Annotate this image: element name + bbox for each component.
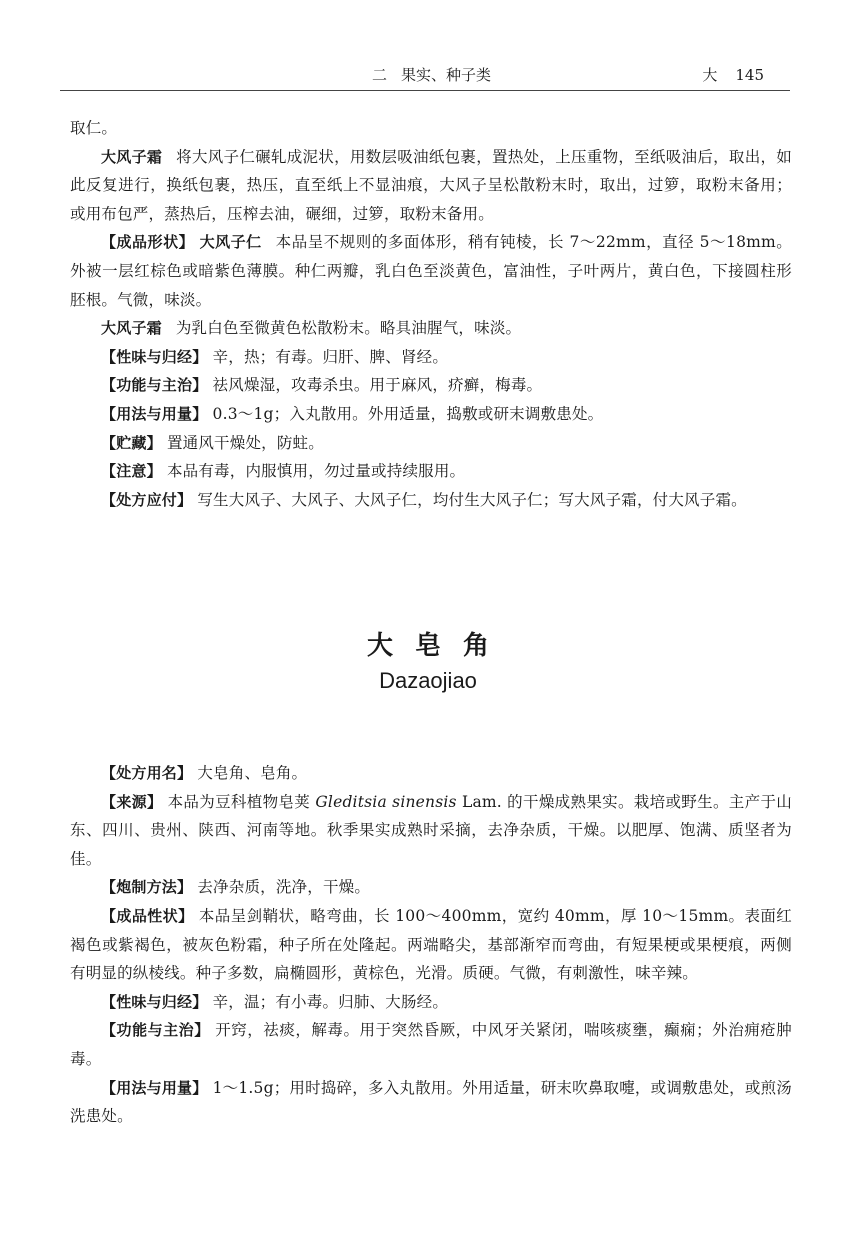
section-label: 【用法与用量】 <box>101 1079 207 1097</box>
latin-name: Gleditsia sinensis <box>315 793 456 811</box>
entry-title: 大皂角 Dazaojiao <box>0 625 856 694</box>
sub-label: 大风子霜 <box>101 319 162 337</box>
entry-title-pinyin: Dazaojiao <box>0 668 856 694</box>
paragraph-processing: 【炮制方法】 去净杂质，洗净，干燥。 <box>70 873 792 902</box>
section-label: 【注意】 <box>101 462 162 480</box>
paragraph-prescription: 【处方应付】 写生大风子、大风子、大风子仁，均付生大风子仁；写大风子霜，付大风子… <box>70 486 792 515</box>
section-label: 【性味与归经】 <box>101 348 207 366</box>
section-label: 【处方应付】 <box>101 491 192 509</box>
section-label: 【贮藏】 <box>101 434 162 452</box>
chapter-heading: 二果实、种子类 <box>372 64 491 85</box>
section-label: 【来源】 <box>101 793 162 811</box>
paragraph-shuang-prep: 大风子霜将大风子仁碾轧成泥状，用数层吸油纸包裹，置热处，上压重物，至纸吸油后，取… <box>70 143 792 229</box>
section-label: 【成品形状】 <box>101 233 194 251</box>
chapter-title: 果实、种子类 <box>401 66 491 84</box>
section-label: 【处方用名】 <box>101 764 192 782</box>
running-header: 二果实、种子类 大145 <box>60 62 790 91</box>
section-label: 【炮制方法】 <box>101 878 192 896</box>
section-label: 【功能与主治】 <box>101 1021 210 1039</box>
continuation-text: 取仁。 <box>70 114 792 143</box>
page-locator: 大145 <box>702 64 764 85</box>
section-label: 【成品性状】 <box>101 907 194 925</box>
paragraph-names: 【处方用名】 大皂角、皂角。 <box>70 759 792 788</box>
paragraph-dosage: 【用法与用量】 1～1.5g；用时捣碎，多入丸散用。外用适量，研末吹鼻取嚏，或调… <box>70 1074 792 1131</box>
paragraph-function: 【功能与主治】 开窍，祛痰，解毒。用于突然昏厥，中风牙关紧闭，喘咳痰壅，癫痫；外… <box>70 1016 792 1073</box>
paragraph-nature: 【性味与归经】 辛，热；有毒。归肝、脾、肾经。 <box>70 343 792 372</box>
section-label: 【功能与主治】 <box>101 376 207 394</box>
chapter-number: 二 <box>372 66 387 84</box>
paragraph-storage: 【贮藏】 置通风干燥处，防蛀。 <box>70 429 792 458</box>
page-number: 145 <box>735 66 764 84</box>
paragraph-caution: 【注意】 本品有毒，内服慎用，勿过量或持续服用。 <box>70 457 792 486</box>
paragraph-product-shape: 【成品性状】 本品呈剑鞘状，略弯曲，长 100～400mm，宽约 40mm，厚 … <box>70 902 792 988</box>
section-label: 【用法与用量】 <box>101 405 207 423</box>
paragraph-nature: 【性味与归经】 辛，温；有小毒。归肺、大肠经。 <box>70 988 792 1017</box>
sub-label: 大风子霜 <box>101 148 162 166</box>
paragraph-product-shape: 【成品形状】 大风子仁本品呈不规则的多面体形，稍有钝棱，长 7～22mm，直径 … <box>70 228 792 314</box>
entry-title-chinese: 大皂角 <box>22 625 856 662</box>
paragraph-function: 【功能与主治】 祛风燥湿，攻毒杀虫。用于麻风，疥癣，梅毒。 <box>70 371 792 400</box>
index-character: 大 <box>702 66 717 84</box>
section-label: 【性味与归经】 <box>101 993 207 1011</box>
sub-label: 大风子仁 <box>200 233 262 251</box>
paragraph-dosage: 【用法与用量】 0.3～1g；入丸散用。外用适量，捣敷或研末调敷患处。 <box>70 400 792 429</box>
paragraph-shuang-shape: 大风子霜为乳白色至微黄色松散粉末。略具油腥气，味淡。 <box>70 314 792 343</box>
entry-dazaojiao: 【处方用名】 大皂角、皂角。 【来源】 本品为豆科植物皂荚 Gleditsia … <box>70 759 792 1131</box>
entry-dafengzi-continued: 取仁。 大风子霜将大风子仁碾轧成泥状，用数层吸油纸包裹，置热处，上压重物，至纸吸… <box>70 114 792 514</box>
paragraph-source: 【来源】 本品为豆科植物皂荚 Gleditsia sinensis Lam. 的… <box>70 788 792 874</box>
